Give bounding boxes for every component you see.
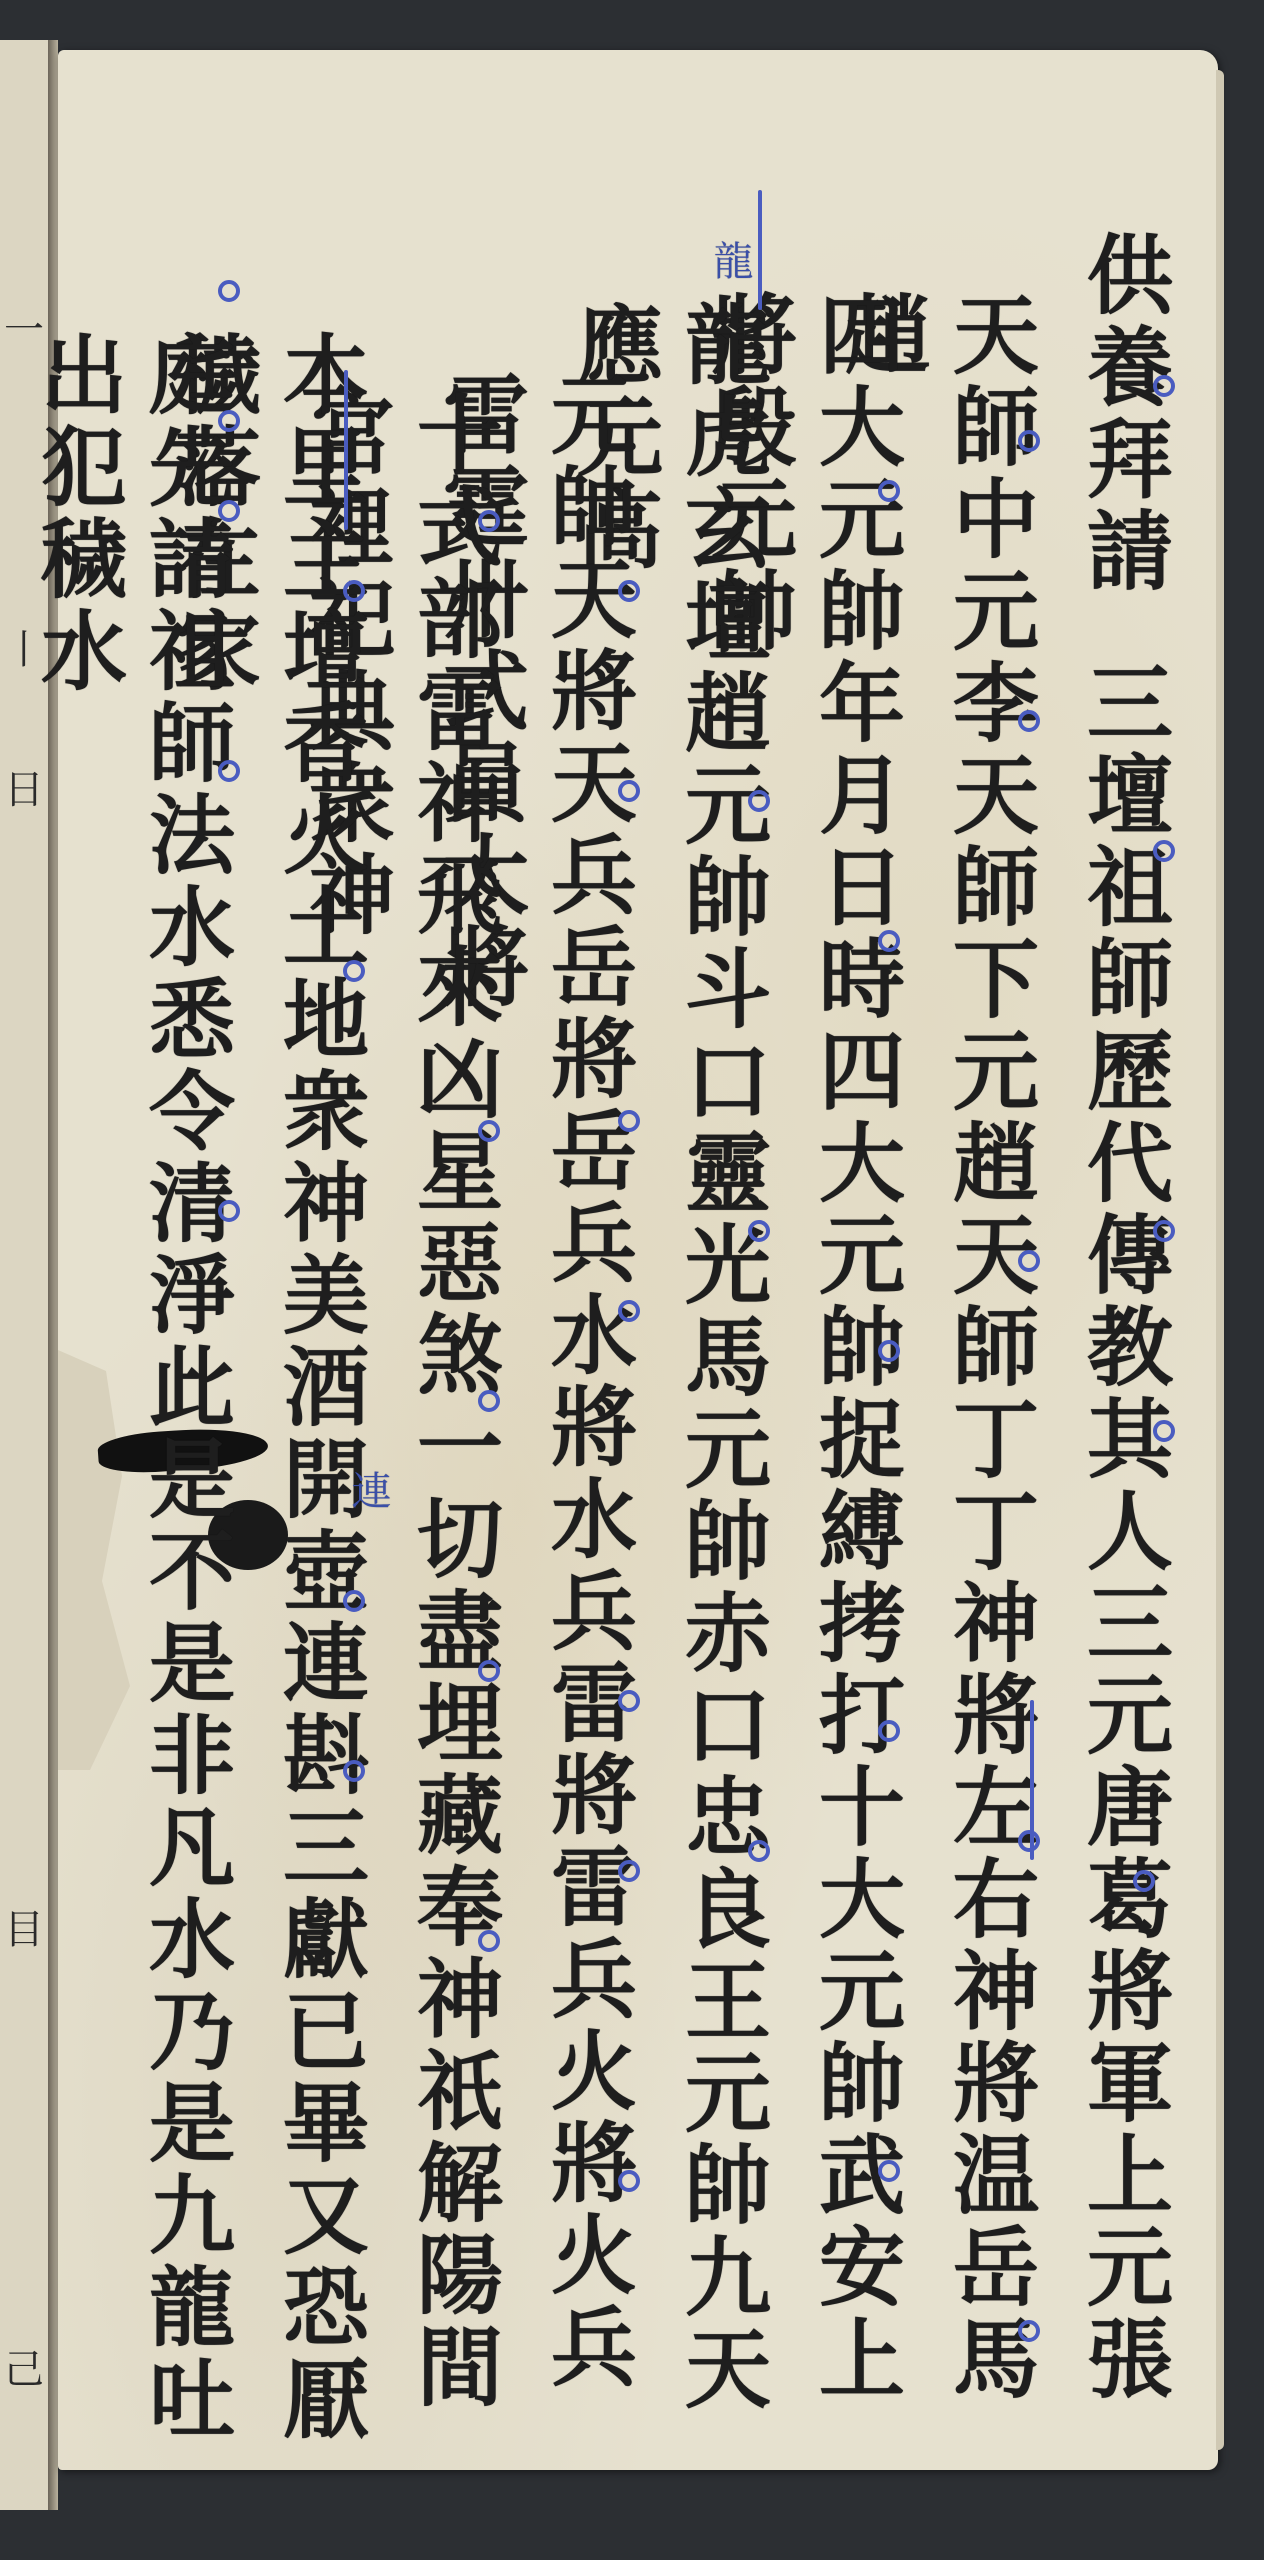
column-text: 庭先請祖師法水悉令清淨此是不是非凡水乃是九龍吐出犯穢水 <box>26 330 235 2446</box>
name-marker-line <box>344 370 348 530</box>
punctuation-circle <box>748 790 770 812</box>
manuscript-page: 供養拜請三壇祖師歷代傳教其人三元唐葛將軍上元張 天師中元李天師下元趙天師丁丁神將… <box>58 50 1218 2470</box>
punctuation-circle <box>618 780 640 802</box>
punctuation-circle <box>618 2170 640 2192</box>
punctuation-circle <box>218 760 240 782</box>
punctuation-circle <box>878 480 900 502</box>
punctuation-circle <box>1018 710 1040 732</box>
punctuation-circle <box>478 1120 500 1142</box>
punctuation-circle <box>618 1110 640 1132</box>
punctuation-circle <box>478 1390 500 1412</box>
punctuation-circle <box>478 510 500 532</box>
punctuation-circle <box>478 1660 500 1682</box>
torn-paper <box>58 1350 138 1770</box>
punctuation-circle <box>1018 1250 1040 1272</box>
punctuation-circle <box>1133 1870 1155 1892</box>
left-page-fragment: 目 <box>4 1900 34 1960</box>
page-edge <box>1216 70 1224 2450</box>
name-marker-line <box>1030 1700 1034 1860</box>
column-1: 供養拜請三壇祖師歷代傳教其人三元唐葛將軍上元張 <box>1068 230 1176 2480</box>
column-text: 三壇祖師歷代傳教其人三元唐葛將軍上元張 <box>1072 658 1173 2406</box>
punctuation-circle <box>618 1300 640 1322</box>
column-5: 元帥天將天兵岳將岳兵水將水兵雷將雷兵火將火兵雷霆卅式員大將 <box>532 370 640 2480</box>
punctuation-circle <box>618 1860 640 1882</box>
left-page-fragment: 己 <box>4 2340 34 2400</box>
punctuation-circle <box>218 1200 240 1222</box>
punctuation-circle <box>1153 375 1175 397</box>
punctuation-circle <box>878 1720 900 1742</box>
column-6: 十式部雷神飛來凶星惡煞一切盡埋藏奉神祇解陽間宮裡祀典衆神 <box>398 390 506 2480</box>
punctuation-circle <box>878 1340 900 1362</box>
punctuation-circle <box>1153 1420 1175 1442</box>
punctuation-circle <box>478 1930 500 1952</box>
punctuation-circle <box>343 1590 365 1612</box>
punctuation-circle <box>1018 430 1040 452</box>
column-heading: 供養拜請 <box>1072 230 1173 598</box>
punctuation-circle <box>343 1760 365 1782</box>
punctuation-circle <box>748 1220 770 1242</box>
punctuation-circle <box>618 1690 640 1712</box>
punctuation-circle <box>878 2160 900 2182</box>
punctuation-circle <box>1018 2320 1040 2342</box>
punctuation-circle <box>218 280 240 302</box>
punctuation-circle <box>343 580 365 602</box>
punctuation-circle <box>218 500 240 522</box>
column-8: 庭先請祖師法水悉令清淨此是不是非凡水乃是九龍吐出犯穢水 <box>130 330 238 2480</box>
punctuation-circle <box>878 930 900 952</box>
punctuation-circle <box>343 960 365 982</box>
punctuation-circle <box>748 1840 770 1862</box>
column-4: 龍 龍虎玄壇趙元帥斗口靈光馬元帥赤口忠良王元帥九天應元高 <box>666 300 774 2480</box>
correction-annotation: 連 <box>314 1470 422 1516</box>
column-2: 天師中元李天師下元趙天師丁丁神將左右神將温岳馬趙 <box>934 290 1042 2480</box>
left-page-fragment: 日 <box>4 760 34 820</box>
punctuation-circle <box>1153 1220 1175 1242</box>
punctuation-circle <box>218 410 240 432</box>
text-columns: 供養拜請三壇祖師歷代傳教其人三元唐葛將軍上元張 天師中元李天師下元趙天師丁丁神將… <box>130 230 1176 2480</box>
punctuation-circle <box>618 580 640 602</box>
correction-annotation: 龍 <box>676 240 784 286</box>
column-3: 四大元帥年月日時四大元帥捉縛拷打十大元帥武安上將殷元帥 <box>800 290 908 2480</box>
punctuation-circle <box>1018 1830 1040 1852</box>
punctuation-circle <box>1153 840 1175 862</box>
name-marker-line <box>758 190 762 310</box>
column-7: 連 本里主壇香火土地衆神美酒開壺連斟三獻已畢又恐厭穢落在家 <box>264 330 372 2480</box>
